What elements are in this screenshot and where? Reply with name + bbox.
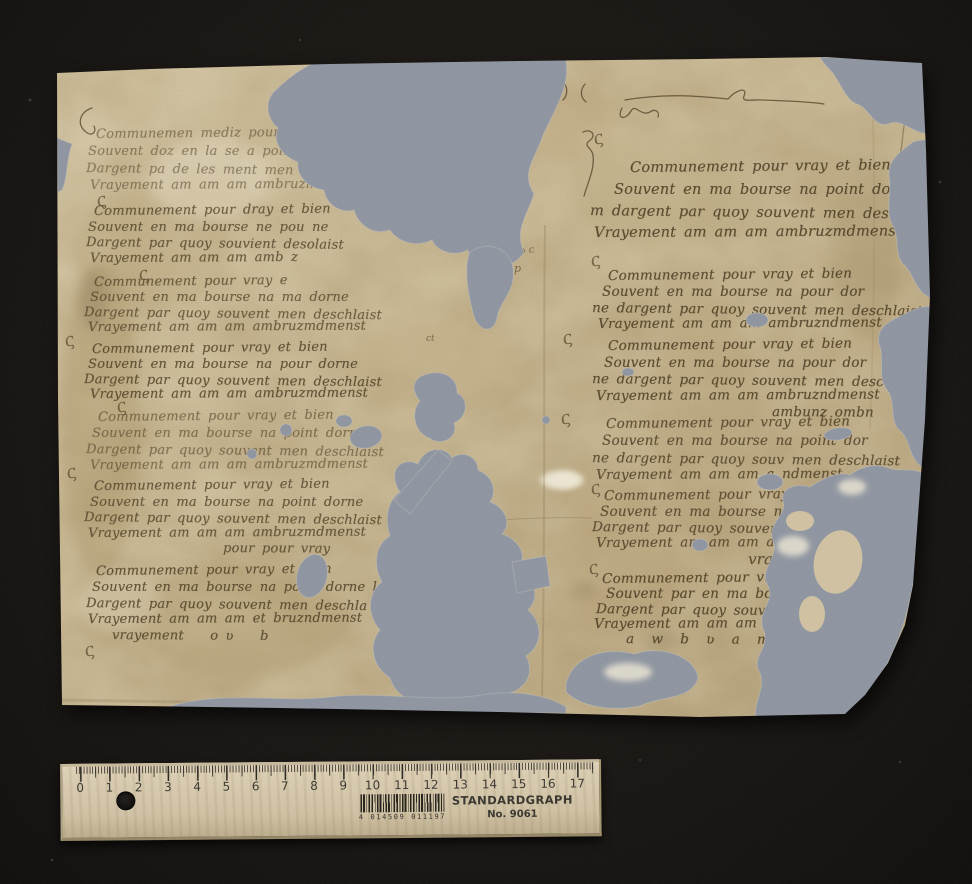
ruler-barcode: 4 014509 011197 [358, 794, 446, 822]
manuscript-sheet: Communemen mediz pourSouvent doz en la s… [55, 56, 935, 724]
ruler-cm-number: 12 [423, 778, 438, 792]
ruler-cm-number: 15 [511, 777, 526, 791]
ruler-cm-number: 0 [76, 781, 84, 795]
ruler-brand: STANDARDGRAPH [447, 792, 577, 807]
ruler-cm-number: 8 [310, 779, 318, 793]
ruler-cm-number: 7 [281, 779, 289, 793]
ruler-cm-number: 14 [482, 777, 497, 791]
ruler-cm-number: 16 [540, 777, 555, 791]
ruler-cm-number: 9 [339, 778, 347, 792]
ruler-cm-number: 2 [135, 780, 143, 794]
ruler-brand-block: STANDARDGRAPH No. 9061 [447, 792, 577, 820]
ruler-cm-number: 17 [569, 776, 584, 790]
barcode-digits: 4 014509 011197 [358, 813, 446, 822]
ruler-hole [116, 791, 135, 810]
ruler-cm-number: 11 [394, 778, 409, 792]
ruler-cm-number: 1 [106, 781, 114, 795]
ruler-cm-number: 4 [193, 780, 201, 794]
ruler-cm-number: 6 [252, 779, 260, 793]
ruler: 01234567891011121314151617 4 014509 0111… [60, 759, 602, 841]
damage-overlay [55, 56, 935, 724]
photo-stage: Communemen mediz pourSouvent doz en la s… [0, 0, 972, 884]
ruler-cm-number: 5 [222, 780, 230, 794]
ruler-cm-number: 13 [453, 777, 468, 791]
barcode-bars [360, 794, 444, 813]
ruler-cm-number: 10 [365, 778, 380, 792]
ruler-model: No. 9061 [447, 808, 577, 820]
ruler-cm-number: 3 [164, 780, 172, 794]
